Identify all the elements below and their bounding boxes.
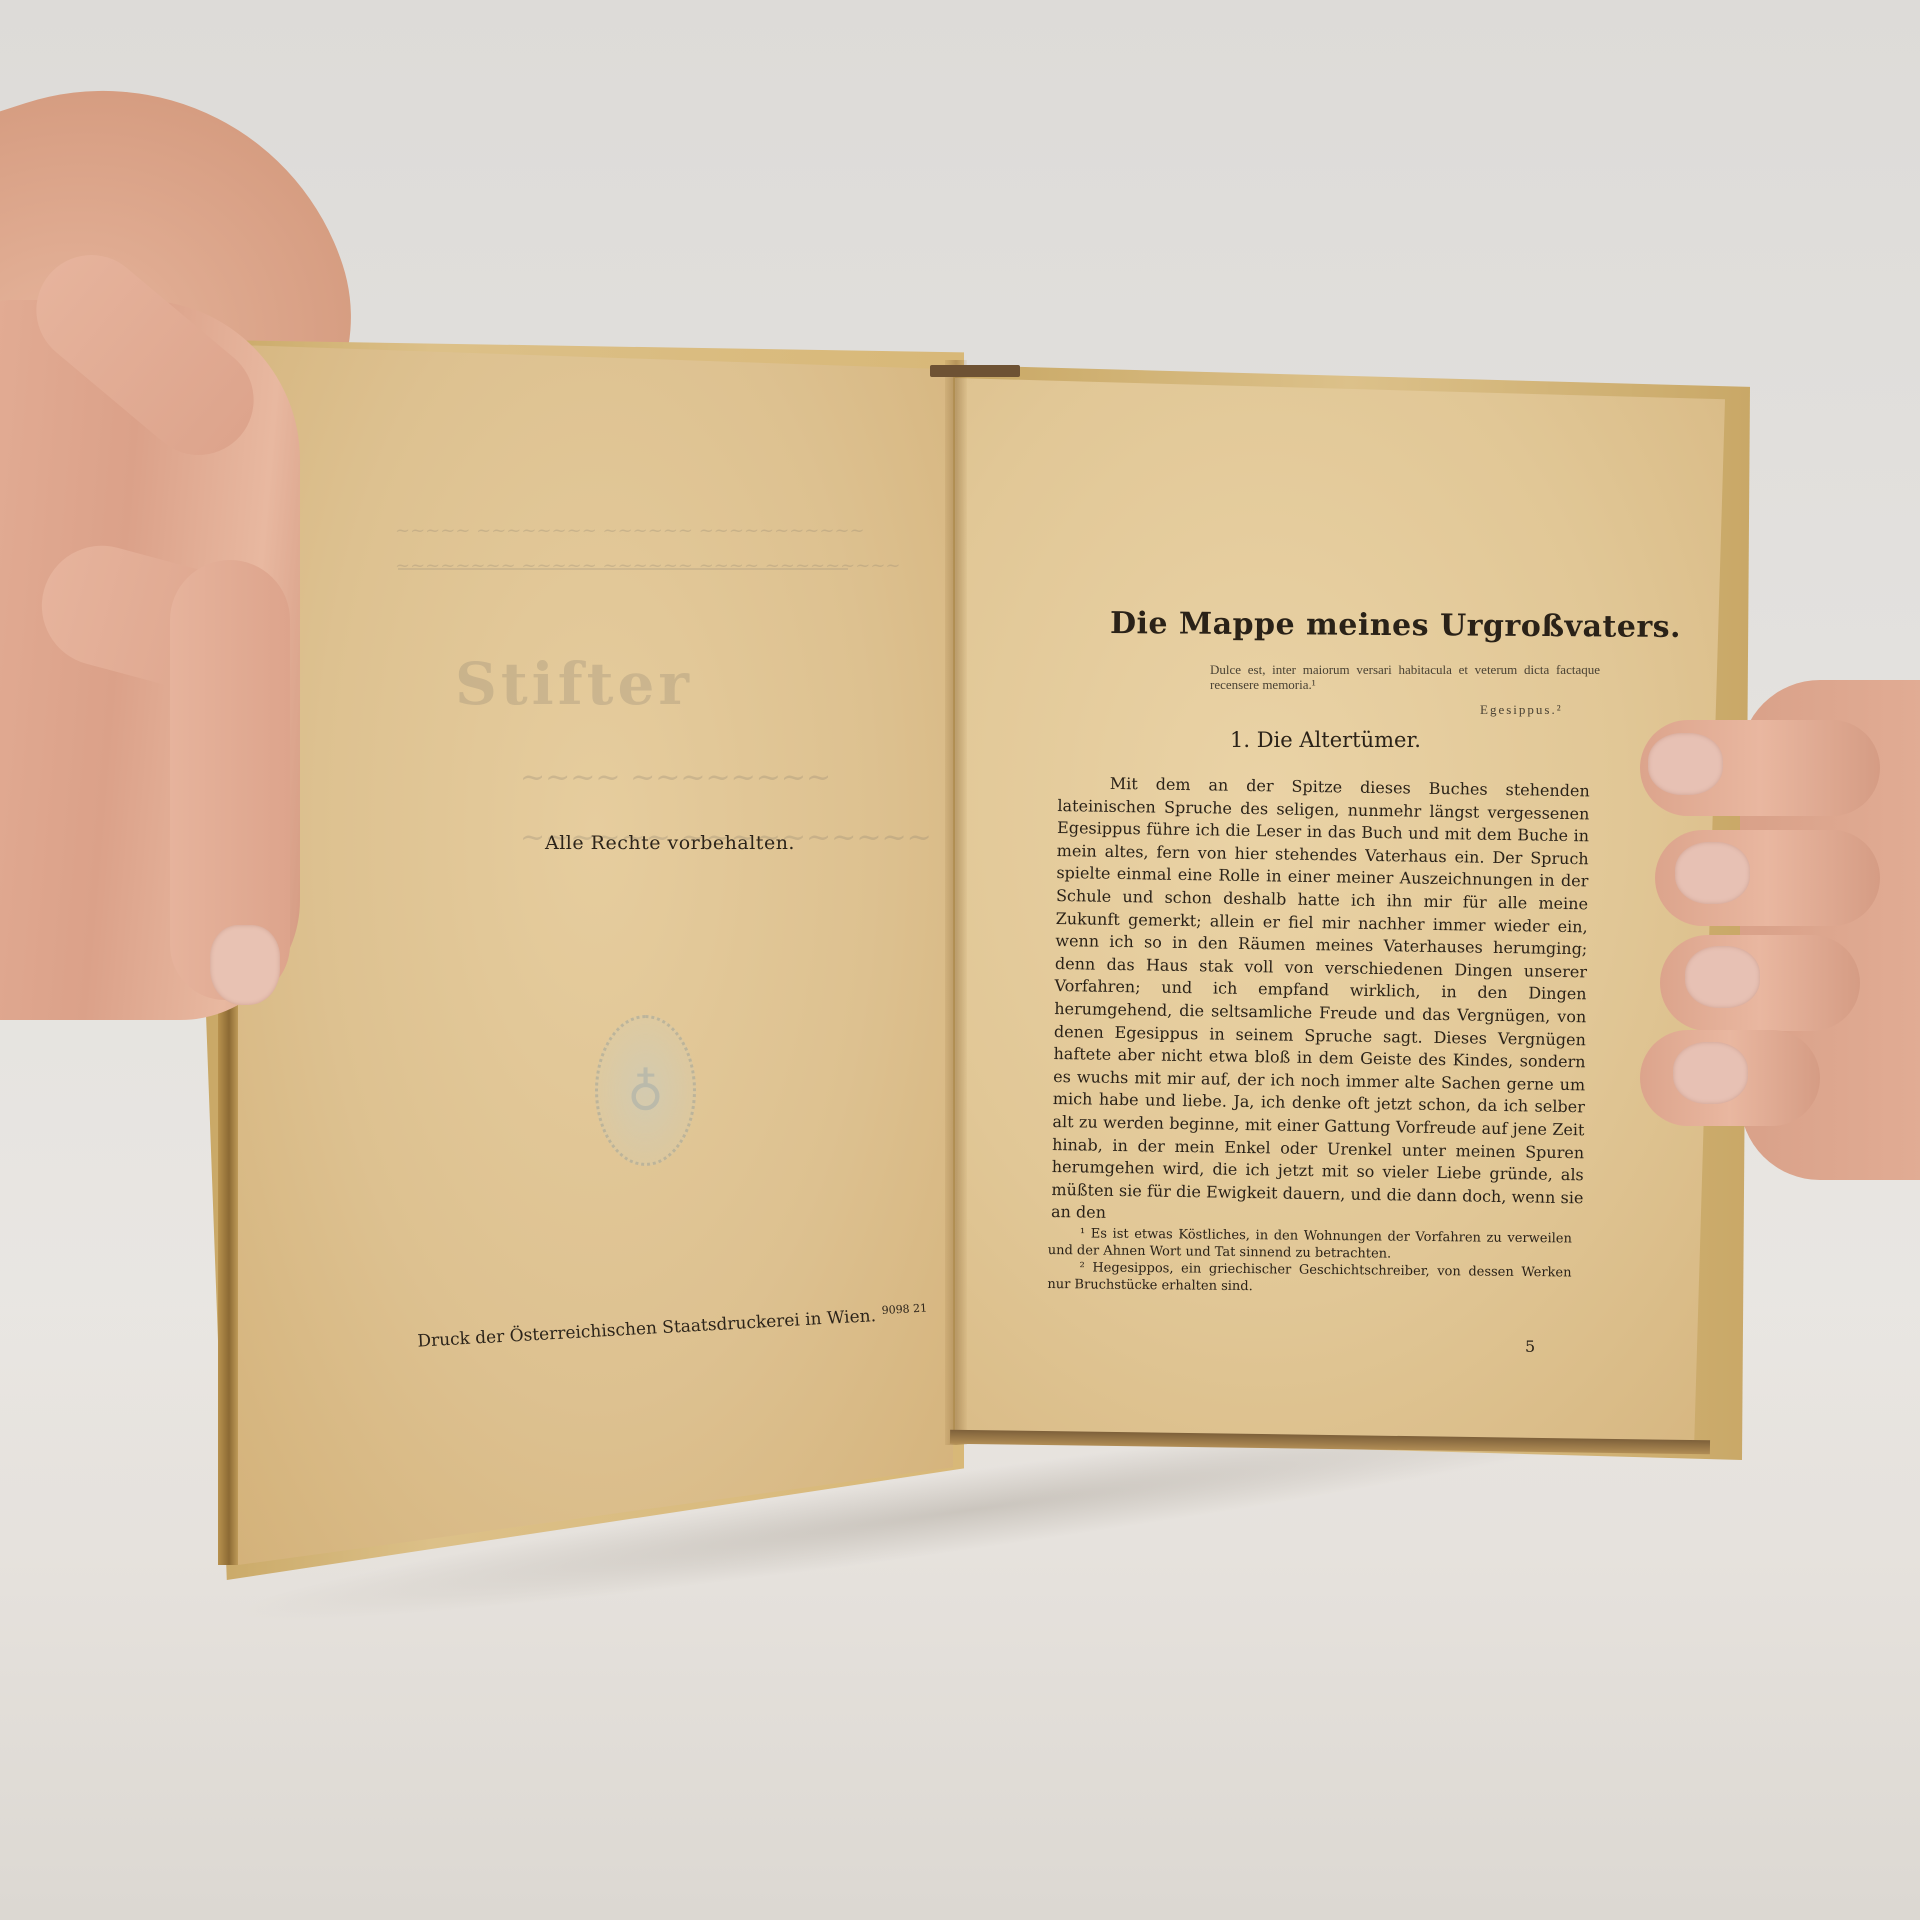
page-number: 5 (1525, 1337, 1535, 1356)
book-gutter (945, 360, 967, 1445)
footnotes: ¹ Es ist etwas Köstliches, in den Wohnun… (1047, 1225, 1572, 1298)
bleedthrough-line: ~~~~~~~~ ~~~~~ ~~~~~~ ~~~~ ~~~~~~~~~ (395, 555, 901, 576)
spine-top (930, 365, 1020, 377)
open-book: ~~~~~ ~~~~~~~~ ~~~~~~ ~~~~~~~~~~~ ~~~~~~… (0, 0, 1920, 1920)
bleedthrough-title: Stifter (455, 650, 693, 718)
fingernail (1648, 733, 1723, 795)
printer-emblem-icon: ♁ (595, 1015, 696, 1166)
epigraph-attribution: Egesippus.² (1480, 702, 1563, 718)
body-text: Mit dem an der Spitze dieses Buches steh… (1051, 772, 1590, 1232)
rights-notice: Alle Rechte vorbehalten. (545, 832, 795, 854)
fingernail (1685, 946, 1760, 1008)
emblem-figure-icon: ♁ (598, 1058, 693, 1116)
fingernail (1675, 842, 1750, 904)
chapter-title: Die Mappe meines Urgroßvaters. (1110, 606, 1681, 645)
bleedthrough-rule (398, 568, 848, 570)
thumbnail (210, 925, 280, 1005)
epigraph: Dulce est, inter maiorum versari habitac… (1210, 662, 1600, 692)
bleedthrough-line: ~~~~ ~~~~~~~~ (520, 760, 831, 795)
footnote-2: ² Hegesippos, ein griechischer Geschicht… (1047, 1259, 1571, 1298)
section-heading: 1. Die Altertümer. (1230, 728, 1421, 752)
fingernail (1673, 1042, 1748, 1104)
footnote-1: ¹ Es ist etwas Köstliches, in den Wohnun… (1048, 1225, 1572, 1264)
bleedthrough-line: ~~~~~ ~~~~~~~~ ~~~~~~ ~~~~~~~~~~~ (395, 520, 865, 541)
printer-code: 9098 21 (881, 1302, 927, 1318)
